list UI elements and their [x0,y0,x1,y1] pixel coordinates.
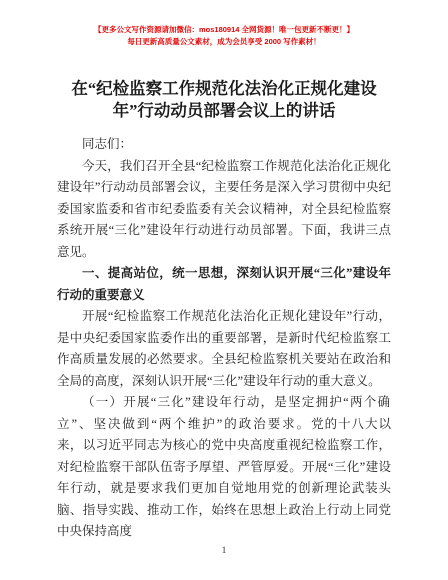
intro-paragraph: 今天，我们召开全县“纪检监察工作规范化法治化正规化建设年”行动动员部署会议，主要… [57,156,391,264]
body-paragraph-1: 开展“纪检监察工作规范化法治化正规化建设年”行动，是中央纪委国家监委作出的重要部… [57,306,391,392]
page-number: 1 [0,546,448,556]
section-heading-1: 一、提高站位，统一思想，深刻认识开展“三化”建设年行动的重要意义 [57,263,391,306]
watermark-line-2: 每日更新高质量公文素材，成为会员享受 2000 写作素材！ [0,36,448,48]
body-paragraph-2: （一）开展“三化”建设年行动，是坚定拥护“两个确立”、坚决做到“两个维护”的政治… [57,392,391,543]
document-title: 在“纪检监察工作规范化法治化正规化建设年”行动动员部署会议上的讲话 [59,78,389,122]
document-body: 同志们： 今天，我们召开全县“纪检监察工作规范化法治化正规化建设年”行动动员部署… [57,134,391,543]
watermark-line-1: 【更多公文写作资源请加微信：mos180914 全网货源！唯一包更新不断更！】 [0,24,448,36]
document-page: 【更多公文写作资源请加微信：mos180914 全网货源！唯一包更新不断更！】 … [0,0,448,580]
salutation-paragraph: 同志们： [57,134,391,156]
paragraph-rest: 党的十八大以来，以习近平同志为核心的党中央高度重视纪检监察工作，对纪检监察干部队… [57,417,391,539]
watermark: 【更多公文写作资源请加微信：mos180914 全网货源！唯一包更新不断更！】 … [0,0,448,48]
